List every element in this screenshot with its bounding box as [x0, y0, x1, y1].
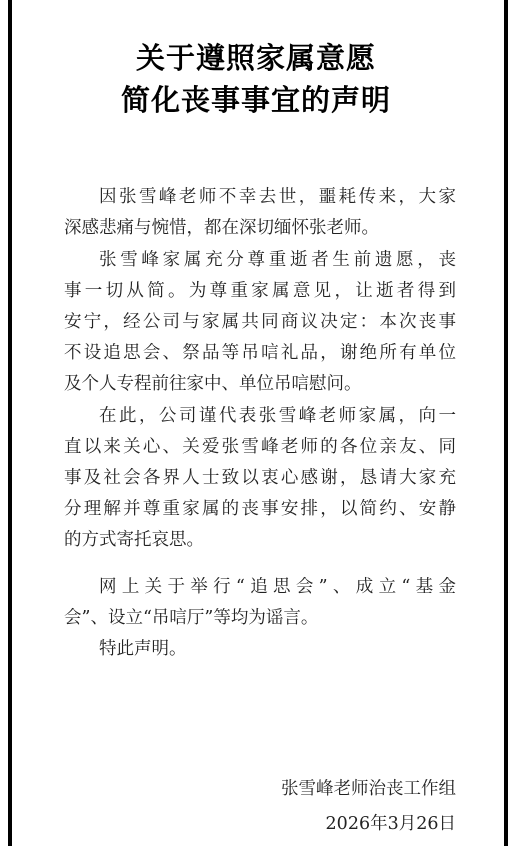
- paragraph-line: 分理解并尊重家属的丧事安排，以简约、安静: [64, 494, 456, 525]
- paragraph-line: 在此，公司谨代表张雪峰老师家属，向一: [64, 401, 456, 432]
- document-title-line-2: 简化丧事事宜的声明: [0, 86, 512, 115]
- paragraph-line: 直以来关心、关爱张雪峰老师的各位亲友、同: [64, 432, 456, 463]
- paragraph-rumor-clarification: 网上关于举行“追思会”、成立“基金 会”、设立“吊唁厅”等均为谣言。: [64, 572, 456, 634]
- paragraph-line: 特此声明。: [64, 634, 456, 665]
- paragraph-line: 事及社会各界人士致以衷心感谢，恳请大家充: [64, 463, 456, 494]
- paragraph-line: 安宁，经公司与家属共同商议决定：本次丧事: [64, 307, 456, 338]
- left-border-line: [8, 0, 12, 846]
- paragraph-line: 事一切从简。为尊重家属意见，让逝者得到: [64, 276, 456, 307]
- paragraph-line: 及个人专程前往家中、单位吊唁慰问。: [64, 369, 456, 400]
- paragraph-line: 张雪峰家属充分尊重逝者生前遗愿，丧: [64, 245, 456, 276]
- document-title-line-1: 关于遵照家属意愿: [0, 44, 512, 73]
- paragraph-closing: 特此声明。: [64, 634, 456, 665]
- paragraph-gratitude: 在此，公司谨代表张雪峰老师家属，向一 直以来关心、关爱张雪峰老师的各位亲友、同 …: [64, 401, 456, 556]
- signature-date: 2026年3月26日: [326, 810, 456, 835]
- paragraph-line: 不设追思会、祭品等吊唁礼品，谢绝所有单位: [64, 338, 456, 369]
- paragraph-line: 的方式寄托哀思。: [64, 525, 456, 556]
- paragraph-line: 会”、设立“吊唁厅”等均为谣言。: [64, 603, 456, 634]
- paragraph-line: 网上关于举行“追思会”、成立“基金: [64, 572, 456, 603]
- right-border-line: [504, 0, 508, 846]
- signature-organization: 张雪峰老师治丧工作组: [281, 775, 456, 800]
- paragraph-condolence: 因张雪峰老师不幸去世，噩耗传来，大家 深感悲痛与惋惜，都在深切缅怀张老师。: [64, 182, 456, 244]
- paragraph-line: 因张雪峰老师不幸去世，噩耗传来，大家: [64, 182, 456, 213]
- paragraph-line: 深感悲痛与惋惜，都在深切缅怀张老师。: [64, 213, 456, 244]
- paragraph-funeral-arrangement: 张雪峰家属充分尊重逝者生前遗愿，丧 事一切从简。为尊重家属意见，让逝者得到 安宁…: [64, 245, 456, 400]
